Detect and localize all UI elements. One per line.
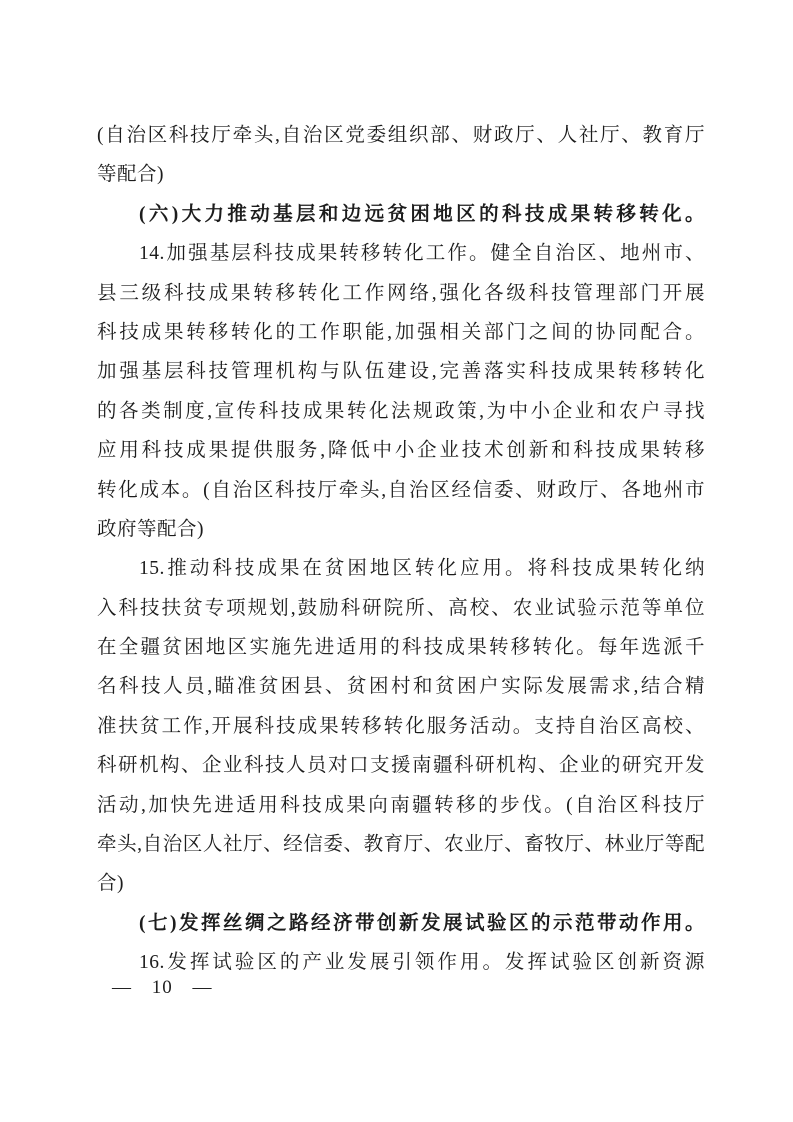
page-number: — 10 — xyxy=(112,977,213,999)
text-line: 科研机构、企业科技人员对口支援南疆科研机构、企业的研究开发 xyxy=(97,746,705,785)
item-15-lead-line: 15.推动科技成果在贫困地区转化应用。将科技成果转化纳 xyxy=(97,549,705,588)
section-heading-6: (六)大力推动基层和边远贫困地区的科技成果转移转化。 xyxy=(97,195,705,234)
text-line: 等配合) xyxy=(97,155,705,194)
text-line: 准扶贫工作,开展科技成果转移转化服务活动。支持自治区高校、 xyxy=(97,707,705,746)
text-line: 科技成果转移转化的工作职能,加强相关部门之间的协同配合。 xyxy=(97,313,705,352)
section-heading-7: (七)发挥丝绸之路经济带创新发展试验区的示范带动作用。 xyxy=(97,904,705,943)
text-line: 县三级科技成果转移转化工作网络,强化各级科技管理部门开展 xyxy=(97,274,705,313)
text-line: 的各类制度,宣传科技成果转化法规政策,为中小企业和农户寻找 xyxy=(97,392,705,431)
text-line: 活动,加快先进适用科技成果向南疆转移的步伐。(自治区科技厅 xyxy=(97,786,705,825)
text-line: 政府等配合) xyxy=(97,510,705,549)
text-line: 在全疆贫困地区实施先进适用的科技成果转移转化。每年选派千 xyxy=(97,628,705,667)
text-line: 入科技扶贫专项规划,鼓励科研院所、高校、农业试验示范等单位 xyxy=(97,589,705,628)
text-line: 转化成本。(自治区科技厅牵头,自治区经信委、财政厅、各地州市 xyxy=(97,471,705,510)
text-line: (自治区科技厅牵头,自治区党委组织部、财政厅、人社厅、教育厅 xyxy=(97,116,705,155)
text-line: 加强基层科技管理机构与队伍建设,完善落实科技成果转移转化 xyxy=(97,352,705,391)
text-line: 牵头,自治区人社厅、经信委、教育厅、农业厅、畜牧厅、林业厅等配 xyxy=(97,825,705,864)
document-page: (自治区科技厅牵头,自治区党委组织部、财政厅、人社厅、教育厅 等配合) (六)大… xyxy=(0,0,793,1122)
text-line: 名科技人员,瞄准贫困县、贫困村和贫困户实际发展需求,结合精 xyxy=(97,667,705,706)
text-line: 合) xyxy=(97,864,705,903)
item-14-lead-line: 14.加强基层科技成果转移转化工作。健全自治区、地州市、 xyxy=(97,234,705,273)
text-line: 应用科技成果提供服务,降低中小企业技术创新和科技成果转移 xyxy=(97,431,705,470)
document-body: (自治区科技厅牵头,自治区党委组织部、财政厅、人社厅、教育厅 等配合) (六)大… xyxy=(97,116,705,983)
